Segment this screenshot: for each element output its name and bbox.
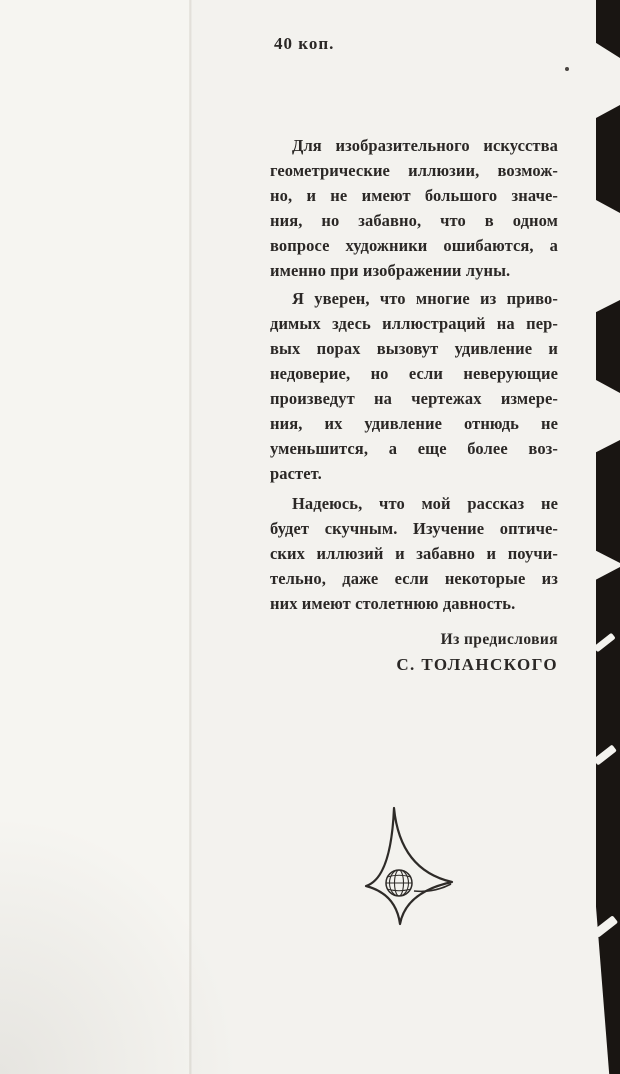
star-globe-icon (356, 800, 456, 930)
attribution-author: С. ТОЛАНСКОГО (270, 652, 558, 677)
paragraph-line: ния, но забавно, что в одном (270, 208, 558, 233)
paper-shadow (0, 814, 240, 1074)
paragraph-line: ских иллюзий и забавно и поучи- (270, 541, 558, 566)
paragraph-line: произведут на чертежах измере- (270, 386, 558, 411)
edge-stripe (596, 300, 620, 393)
paragraph-line: димых здесь иллюстраций на пер- (270, 311, 558, 336)
paragraph-line: них имеют столетнюю давность. (270, 591, 558, 616)
paragraph-line: вопросе художники ошибаются, а (270, 233, 558, 258)
paragraph-line: будет скучным. Изучение оптиче- (270, 516, 558, 541)
paragraph-line: но, и не имеют большого значе- (270, 183, 558, 208)
book-back-cover: 40 коп. Для изобразительного искусства г… (0, 0, 620, 1074)
paragraph-line: Я уверен, что многие из приво- (270, 286, 558, 311)
quote-paragraph: Надеюсь, что мой рассказ не будет скучны… (270, 491, 558, 616)
publisher-star-globe-logo (356, 800, 456, 930)
price-label: 40 коп. (274, 34, 334, 54)
attribution-source: Из предисловия (270, 628, 558, 652)
paragraph-line: недоверие, но если неверующие (270, 361, 558, 386)
quote-block: Для изобразительного искусства геометрич… (270, 133, 558, 677)
attribution: Из предисловия С. ТОЛАНСКОГО (270, 628, 558, 677)
paragraph-line: тельно, даже если некоторые из (270, 566, 558, 591)
paragraph-line: Для изобразительного искусства (270, 133, 558, 158)
edge-stripe (596, 440, 620, 563)
paragraph-line: растет. (270, 461, 558, 486)
paragraph-line: вых порах вызовут удивление и (270, 336, 558, 361)
paper-speck (565, 67, 569, 71)
paragraph-line: именно при изображении луны. (270, 258, 558, 283)
edge-stripe (596, 105, 620, 213)
paragraph-line: Надеюсь, что мой рассказ не (270, 491, 558, 516)
quote-paragraph: Для изобразительного искусства геометрич… (270, 133, 558, 283)
edge-stripe (596, 0, 620, 58)
quote-paragraph: Я уверен, что многие из приво- димых зде… (270, 286, 558, 486)
paragraph-line: уменьшится, а еще более воз- (270, 436, 558, 461)
paragraph-line: ния, их удивление отнюдь не (270, 411, 558, 436)
paragraph-line: геометрические иллюзии, возмож- (270, 158, 558, 183)
